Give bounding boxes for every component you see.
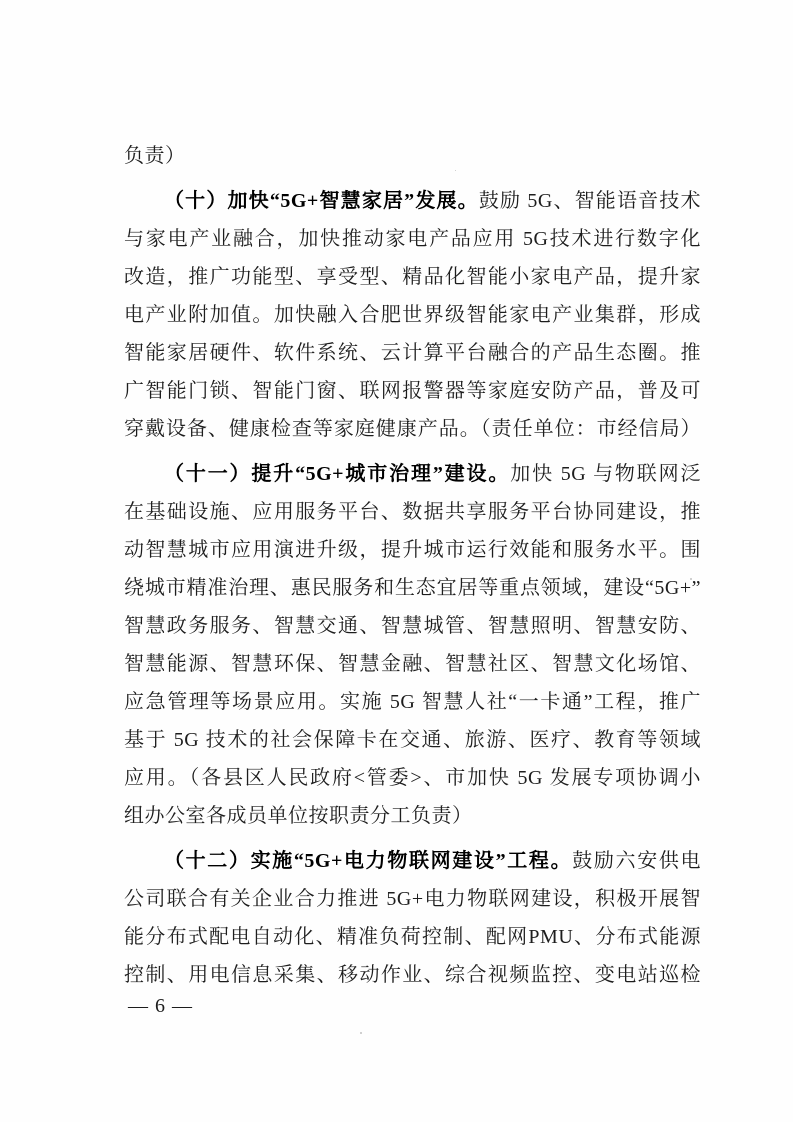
body-text: 绕城市精准治理、惠民服务和生态宜居等重点领域，建设“5G+”	[124, 577, 701, 599]
body-text: 在基础设施、应用服务平台、数据共享服务平台协同建设，推	[124, 501, 701, 523]
paragraph-12-power-iot: （十二）实施“5G+电力物联网建设”工程。鼓励六安供电公司联合有关企业合力推进 …	[124, 842, 701, 994]
body-text: 动智慧城市应用演进升级，提升城市运行效能和服务水平。围	[124, 539, 701, 561]
body-text: 负责）	[124, 145, 186, 167]
section-heading-text: （十）加快“5G+智慧家居”发展。	[164, 190, 479, 212]
body-text: 应用。（各县区人民政府<管委>、市加快 5G 发展专项协调小	[124, 767, 701, 789]
text-line: 应急管理等场景应用。实施 5G 智慧人社“一卡通”工程，推广	[124, 683, 701, 721]
text-line: 智慧政务服务、智慧交通、智慧城管、智慧照明、智慧安防、	[124, 607, 701, 645]
scan-speck	[360, 1032, 362, 1034]
text-line: 绕城市精准治理、惠民服务和生态宜居等重点领域，建设“5G+”	[124, 569, 701, 607]
body-text: 智慧政务服务、智慧交通、智慧城管、智慧照明、智慧安防、	[124, 615, 701, 637]
section-heading-text: （十二）实施“5G+电力物联网建设”工程。	[164, 850, 572, 872]
scan-speck	[690, 578, 692, 580]
body-text: 电产业附加值。加快融入合肥世界级智能家电产业集群，形成	[124, 304, 701, 326]
body-text: 应急管理等场景应用。实施 5G 智慧人社“一卡通”工程，推广	[124, 691, 701, 713]
body-text: 改造，推广功能型、享受型、精品化智能小家电产品，提升家	[124, 266, 701, 288]
body-text: 穿戴设备、健康检查等家庭健康产品。（责任单位：市经信局）	[124, 418, 701, 440]
text-line: 公司联合有关企业合力推进 5G+电力物联网建设，积极开展智	[124, 880, 701, 918]
paragraph-10-smart-home: （十）加快“5G+智慧家居”发展。鼓励 5G、智能语音技术与家电产业融合，加快推…	[124, 182, 701, 448]
body-text: 组办公室各成员单位按职责分工负责）	[124, 805, 473, 827]
text-line: 在基础设施、应用服务平台、数据共享服务平台协同建设，推	[124, 493, 701, 531]
text-line: （十一）提升“5G+城市治理”建设。加快 5G 与物联网泛	[124, 455, 701, 493]
text-line: （十）加快“5G+智慧家居”发展。鼓励 5G、智能语音技术	[124, 182, 701, 220]
body-text: 能分布式配电自动化、精准负荷控制、配网PMU、分布式能源	[124, 926, 701, 948]
text-line: 与家电产业融合，加快推动家电产品应用 5G技术进行数字化	[124, 220, 701, 258]
document-page: 负责）（十）加快“5G+智慧家居”发展。鼓励 5G、智能语音技术与家电产业融合，…	[0, 0, 793, 1122]
body-text: 智慧能源、智慧环保、智慧金融、智慧社区、智慧文化场馆、	[124, 653, 701, 675]
text-line: 组办公室各成员单位按职责分工负责）	[124, 797, 701, 835]
body-text: 与家电产业融合，加快推动家电产品应用 5G技术进行数字化	[124, 228, 701, 250]
text-line: 基于 5G 技术的社会保障卡在交通、旅游、医疗、教育等领域	[124, 721, 701, 759]
body-text: 广智能门锁、智能门窗、联网报警器等家庭安防产品，普及可	[124, 380, 701, 402]
text-line: 穿戴设备、健康检查等家庭健康产品。（责任单位：市经信局）	[124, 410, 701, 448]
body-text: 鼓励 5G、智能语音技术	[479, 190, 701, 212]
text-line: 负责）	[124, 137, 701, 175]
document-body: 负责）（十）加快“5G+智慧家居”发展。鼓励 5G、智能语音技术与家电产业融合，…	[124, 137, 701, 994]
text-line: 控制、用电信息采集、移动作业、综合视频监控、变电站巡检	[124, 956, 701, 994]
body-text: 基于 5G 技术的社会保障卡在交通、旅游、医疗、教育等领域	[124, 729, 701, 751]
text-line: 动智慧城市应用演进升级，提升城市运行效能和服务水平。围	[124, 531, 701, 569]
body-text: 公司联合有关企业合力推进 5G+电力物联网建设，积极开展智	[124, 888, 701, 910]
text-line: 广智能门锁、智能门窗、联网报警器等家庭安防产品，普及可	[124, 372, 701, 410]
paragraph-11-city-governance: （十一）提升“5G+城市治理”建设。加快 5G 与物联网泛在基础设施、应用服务平…	[124, 455, 701, 835]
body-text: 智能家居硬件、软件系统、云计算平台融合的产品生态圈。推	[124, 342, 701, 364]
text-line: （十二）实施“5G+电力物联网建设”工程。鼓励六安供电	[124, 842, 701, 880]
body-text: 加快 5G 与物联网泛	[510, 463, 701, 485]
text-line: 智能家居硬件、软件系统、云计算平台融合的产品生态圈。推	[124, 334, 701, 372]
body-text: 鼓励六安供电	[572, 850, 701, 872]
text-line: 应用。（各县区人民政府<管委>、市加快 5G 发展专项协调小	[124, 759, 701, 797]
text-line: 电产业附加值。加快融入合肥世界级智能家电产业集群，形成	[124, 296, 701, 334]
text-line: 改造，推广功能型、享受型、精品化智能小家电产品，提升家	[124, 258, 701, 296]
text-line: 能分布式配电自动化、精准负荷控制、配网PMU、分布式能源	[124, 918, 701, 956]
scan-speck	[455, 170, 456, 171]
page-number: — 6 —	[128, 995, 193, 1018]
text-line: 智慧能源、智慧环保、智慧金融、智慧社区、智慧文化场馆、	[124, 645, 701, 683]
section-heading-text: （十一）提升“5G+城市治理”建设。	[164, 463, 510, 485]
paragraph-9-continuation: 负责）	[124, 137, 701, 175]
body-text: 控制、用电信息采集、移动作业、综合视频监控、变电站巡检	[124, 964, 701, 986]
